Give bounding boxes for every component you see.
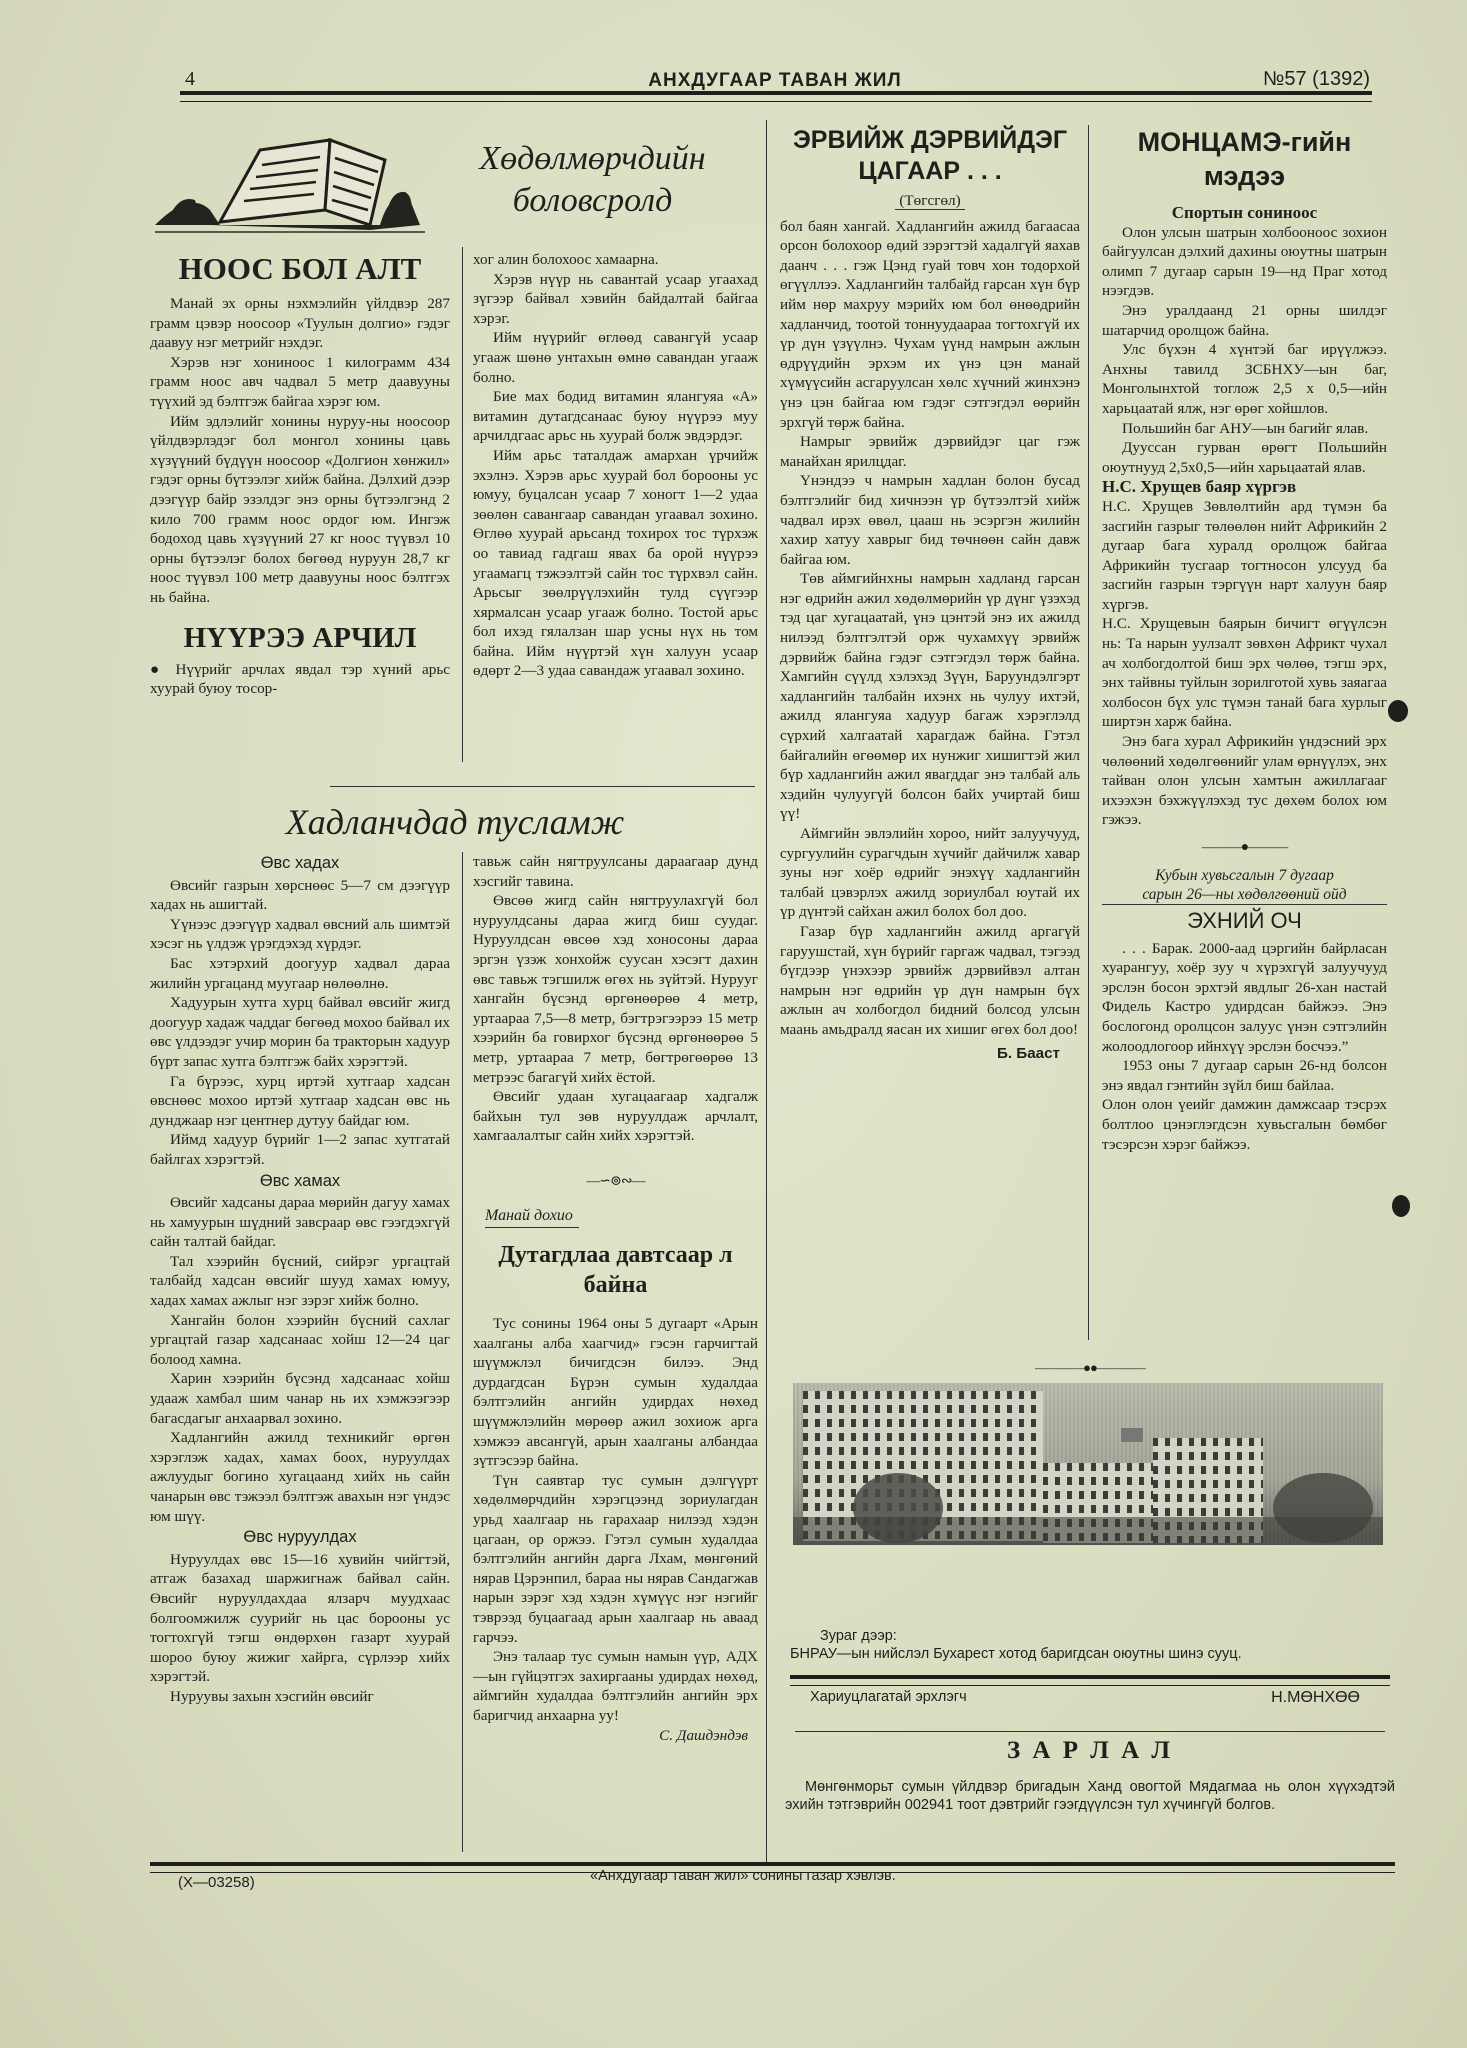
- newspaper-title: АНХДУГААР ТАВАН ЖИЛ: [180, 70, 1370, 92]
- rubric-our-signal: Манай дохио: [485, 1206, 579, 1229]
- open-book-icon: [150, 130, 430, 235]
- masthead-rule: [180, 91, 1372, 102]
- paragraph: Бие мах бодид витамин ялангуяа «А» витам…: [473, 387, 758, 446]
- headline: ЭРВИЙЖ ДЭРВИЙДЭГ ЦАГААР . . .: [780, 125, 1080, 187]
- paragraph: Н.С. Хрущевын баярын бичигт өгүүлсэн нь:…: [1102, 614, 1387, 732]
- paragraph: Газар бүр хадлангийн ажилд аргагүй гаруу…: [780, 922, 1080, 1040]
- paragraph: Өвсөө жигд сайн нягтруулахгүй бол нуруул…: [473, 891, 758, 1087]
- paragraph: Энэ уралдаанд 21 орны шилдэг шатарчид ор…: [1102, 301, 1387, 340]
- paragraph: Ийм эдлэлийг хонины нуруу-ны ноосоор үйл…: [150, 412, 450, 608]
- column-divider: [462, 247, 463, 762]
- paragraph: Хадлангийн ажилд техникийг өргөн хэрэглэ…: [150, 1428, 450, 1526]
- paragraph: тавьж сайн нягтруулсаны дараагаар дунд х…: [473, 852, 758, 891]
- rubric-line: сарын 26—ны хөдөлгөөний ойд: [1102, 885, 1387, 904]
- ornament-divider: ————●●————: [990, 1360, 1190, 1376]
- rubric-line: Хөдөлмөрчдийн: [430, 138, 755, 180]
- bullet-icon: ●: [150, 661, 175, 678]
- paragraph: Өвсийг газрын хөрснөөс 5—7 см дээгүүр ха…: [150, 876, 450, 915]
- headline-line: ЭРВИЙЖ ДЭРВИЙДЭГ: [780, 125, 1080, 156]
- paragraph: ● Нүүрийг арчлах явдал тэр хүний арьс ху…: [150, 660, 450, 699]
- caption-text: БНРАУ—ын нийслэл Бухарест хотод баригдса…: [790, 1645, 1390, 1663]
- rubric-workers-education: Хөдөлмөрчдийн боловсролд: [430, 138, 755, 222]
- headline-haymaking: Хадланчдад тусламж: [240, 800, 670, 844]
- headline: Дутагдлаа давтсаар л байна: [473, 1240, 758, 1300]
- ornament-divider: ———●———: [1102, 838, 1387, 858]
- paragraph: 1953 оны 7 дугаар сарын 26-нд болсон энэ…: [1102, 1056, 1387, 1095]
- building-roof: [1121, 1428, 1143, 1442]
- subhead: Өвс хадах: [150, 854, 450, 874]
- paragraph: хог алин болохоос хамаарна.: [473, 250, 758, 270]
- paragraph: Төв аймгийнхны намрын хадланд гарсан нэг…: [780, 569, 1080, 824]
- paragraph: Өвсийг удаан хугацаагаар хадгалж байхын …: [473, 1087, 758, 1146]
- paragraph: Манай эх орны нэхмэлийн үйлдвэр 287 грам…: [150, 294, 450, 353]
- article-autumn: ЭРВИЙЖ ДЭРВИЙДЭГ ЦАГААР . . . (Төгсгөл) …: [780, 125, 1080, 1063]
- photo-buildings: [793, 1383, 1383, 1545]
- paragraph: Бас хэтэрхий доогуур хадвал дараа жилийн…: [150, 954, 450, 993]
- paragraph: Энэ талаар тус сумын намын үүр, АДХ—ын г…: [473, 1647, 758, 1725]
- headline-line: ЦАГААР . . .: [780, 156, 1080, 187]
- paragraph: Тал хээрийн бүсний, сийрэг ургацтай талб…: [150, 1252, 450, 1311]
- paragraph: Өвсийг хадсаны дараа мөрийн дагуу хамах …: [150, 1193, 450, 1252]
- paragraph: Нуруулдах өвс 15—16 хувийн чийгтэй, атга…: [150, 1550, 450, 1687]
- rubric-line: боловсролд: [430, 180, 755, 222]
- article-wool: НООС БОЛ АЛТ Манай эх орны нэхмэлийн үйл…: [150, 250, 450, 699]
- editor-label: Хариуцлагатай эрхлэгч: [810, 1689, 967, 1705]
- paragraph: Аймгийн эвлэлийн хороо, нийт залуучууд, …: [780, 824, 1080, 922]
- editor-rule: [790, 1675, 1390, 1686]
- photo-foreground: [793, 1517, 1383, 1545]
- paragraph: Хадуурын хутга хурц байвал өвсийг жигд д…: [150, 993, 450, 1071]
- order-number: (Х—03258): [178, 1874, 255, 1891]
- announcement-title: З А Р Л А Л: [790, 1737, 1390, 1765]
- headline: МОНЦАМЭ-гийн мэдээ: [1102, 125, 1387, 193]
- column-divider: [462, 852, 463, 1852]
- subheading-khrushchev: Н.С. Хрущев баяр хүргэв: [1102, 477, 1387, 497]
- headline-line: МОНЦАМЭ-гийн: [1102, 125, 1387, 159]
- editor-rule-bottom: [795, 1731, 1385, 1732]
- editor-line: Хариуцлагатай эрхлэгч Н.МӨНХӨӨ: [810, 1689, 1370, 1705]
- subtitle: (Төгсгөл): [780, 191, 1080, 211]
- headline: НҮҮРЭЭ АРЧИЛ: [150, 620, 450, 656]
- paragraph: Га бүрээс, хурц иртэй хутгаар хадсан өвс…: [150, 1072, 450, 1131]
- headline: ЭХНИЙ ОЧ: [1102, 907, 1387, 935]
- rubric-cuba: Кубын хувьсгалын 7 дугаар сарын 26—ны хө…: [1102, 866, 1387, 905]
- paragraph: Үнэндээ ч намрын хадлан болон бусад бэлт…: [780, 471, 1080, 569]
- article-haymaking-col1: Өвс хадах Өвсийг газрын хөрснөөс 5—7 см …: [150, 852, 450, 1707]
- byline: С. Дашдэндэв: [473, 1726, 748, 1746]
- headline: НООС БОЛ АЛТ: [150, 250, 450, 288]
- subhead: Өвс хамах: [150, 1172, 450, 1192]
- paragraph: Хэрэв нэг хониноос 1 килограмм 434 грамм…: [150, 353, 450, 412]
- paragraph: Ийм нүүрийг өглөөд савангүй усаар угааж …: [473, 328, 758, 387]
- paragraph: Иймд хадуур бүрийг 1—2 запас хутгатай ба…: [150, 1130, 450, 1169]
- announcement-text: Мөнгөнморьт сумын үйлдвэр бригадын Ханд …: [785, 1778, 1395, 1814]
- photo-caption: Зураг дээр: БНРАУ—ын нийслэл Бухарест хо…: [790, 1627, 1390, 1663]
- paragraph: Олон улсын шатрын холбооноос зохион байг…: [1102, 223, 1387, 301]
- article-face-continued: хог алин болохоос хамаарна. Хэрэв нүүр н…: [473, 250, 758, 681]
- paragraph: Дууссан гурван өрөгт Польшийн оюутнууд 2…: [1102, 438, 1387, 477]
- paragraph: Ийм арьс таталдаж амархан үрчийж эхэлнэ.…: [473, 446, 758, 681]
- paragraph: Намрыг эрвийж дэрвийдэг цаг гэж манайхан…: [780, 432, 1080, 471]
- caption-label: Зураг дээр:: [790, 1627, 1390, 1645]
- section-rule: [330, 786, 755, 787]
- rubric-line: Кубын хувьсгалын 7 дугаар: [1102, 866, 1387, 885]
- paragraph: . . . Барак. 2000-аад цэргийн байрласан …: [1102, 939, 1387, 1057]
- paragraph: Н.С. Хрущев Зөвлөлтийн ард түмэн ба засг…: [1102, 497, 1387, 615]
- paragraph: Харин хээрийн бүсэнд хадсанаас хойш удаа…: [150, 1369, 450, 1428]
- ornament-divider: —∽⊚∾—: [473, 1172, 758, 1192]
- paragraph: Түн саявтар тус сумын дэлгүүрт хөдөлмөрч…: [473, 1471, 758, 1647]
- headline-line: мэдээ: [1102, 159, 1387, 193]
- article-haymaking-col2: тавьж сайн нягтруулсаны дараагаар дунд х…: [473, 852, 758, 1745]
- paragraph: Польшийн баг АНУ—ын багийг ялав.: [1102, 419, 1387, 439]
- bullet-text: Нүүрийг арчлах явдал тэр хүний арьс хуур…: [150, 661, 450, 698]
- paragraph: бол баян хангай. Хадлангийн ажилд багаас…: [780, 217, 1080, 433]
- article-montsame: МОНЦАМЭ-гийн мэдээ Спортын сониноос Олон…: [1102, 125, 1387, 1154]
- subhead: Өвс нуруулдах: [150, 1528, 450, 1548]
- subheading-sport: Спортын сониноос: [1102, 203, 1387, 223]
- issue-number: №57 (1392): [1263, 68, 1370, 91]
- paragraph: Олон олон үеийг дамжин дамжсаар тэсрэх б…: [1102, 1095, 1387, 1154]
- paragraph: Улс бүхэн 4 хүнтэй баг ирүүлжээ. Анхны т…: [1102, 340, 1387, 418]
- paragraph: Тус сонины 1964 оны 5 дугаарт «Арын хаал…: [473, 1314, 758, 1471]
- paragraph: Нуруувы захын хэсгийн өвсийг: [150, 1687, 450, 1707]
- paragraph: Хангайн болон хээрийн бүсний сахлаг урга…: [150, 1311, 450, 1370]
- printer-line: «Анхдугаар таван жил» сонины газар хэвлэ…: [590, 1868, 896, 1884]
- paragraph: Энэ бага хурал Африкийн үндэсний эрх чөл…: [1102, 732, 1387, 830]
- punch-hole: [1388, 700, 1408, 722]
- paragraph: Үүнээс дээгүүр хадвал өвсний аль шимтэй …: [150, 915, 450, 954]
- newspaper-page: 4 АНХДУГААР ТАВАН ЖИЛ №57 (1392) Хөдөлмө…: [0, 0, 1467, 2048]
- subtitle-text: (Төгсгөл): [895, 192, 964, 210]
- column-divider: [766, 120, 767, 1865]
- editor-name: Н.МӨНХӨӨ: [1271, 1689, 1360, 1707]
- punch-hole: [1392, 1195, 1410, 1217]
- paragraph: Хэрэв нүүр нь савантай усаар угаахад зүг…: [473, 270, 758, 329]
- byline: Б. Бааст: [780, 1044, 1060, 1064]
- column-divider: [1088, 125, 1089, 1340]
